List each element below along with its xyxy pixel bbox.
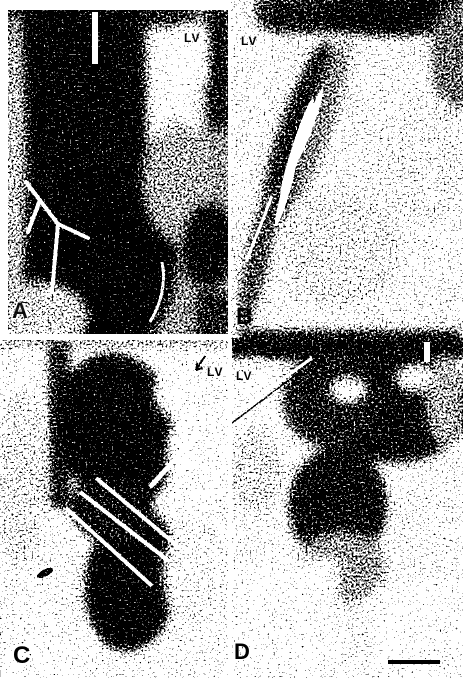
lv-label-panel-b: LV (241, 35, 257, 47)
panel-letter-a: A (12, 300, 28, 322)
panel-a-micrograph (0, 4, 234, 355)
lv-label-panel-a: LV (184, 32, 200, 44)
micrograph-figure: LV LV LV LV A B C D (0, 0, 463, 678)
scale-bar (388, 660, 440, 664)
panel-c-micrograph (0, 338, 236, 678)
micrograph-composite-image (0, 0, 463, 678)
panel-letter-c: C (13, 644, 30, 668)
panel-b-micrograph (230, 0, 463, 346)
lv-label-panel-d: LV (236, 370, 252, 382)
panel-letter-d: D (234, 641, 250, 663)
lv-label-panel-c: LV (207, 366, 223, 378)
panel-d-micrograph (228, 334, 463, 678)
panel-letter-b: B (236, 305, 253, 328)
